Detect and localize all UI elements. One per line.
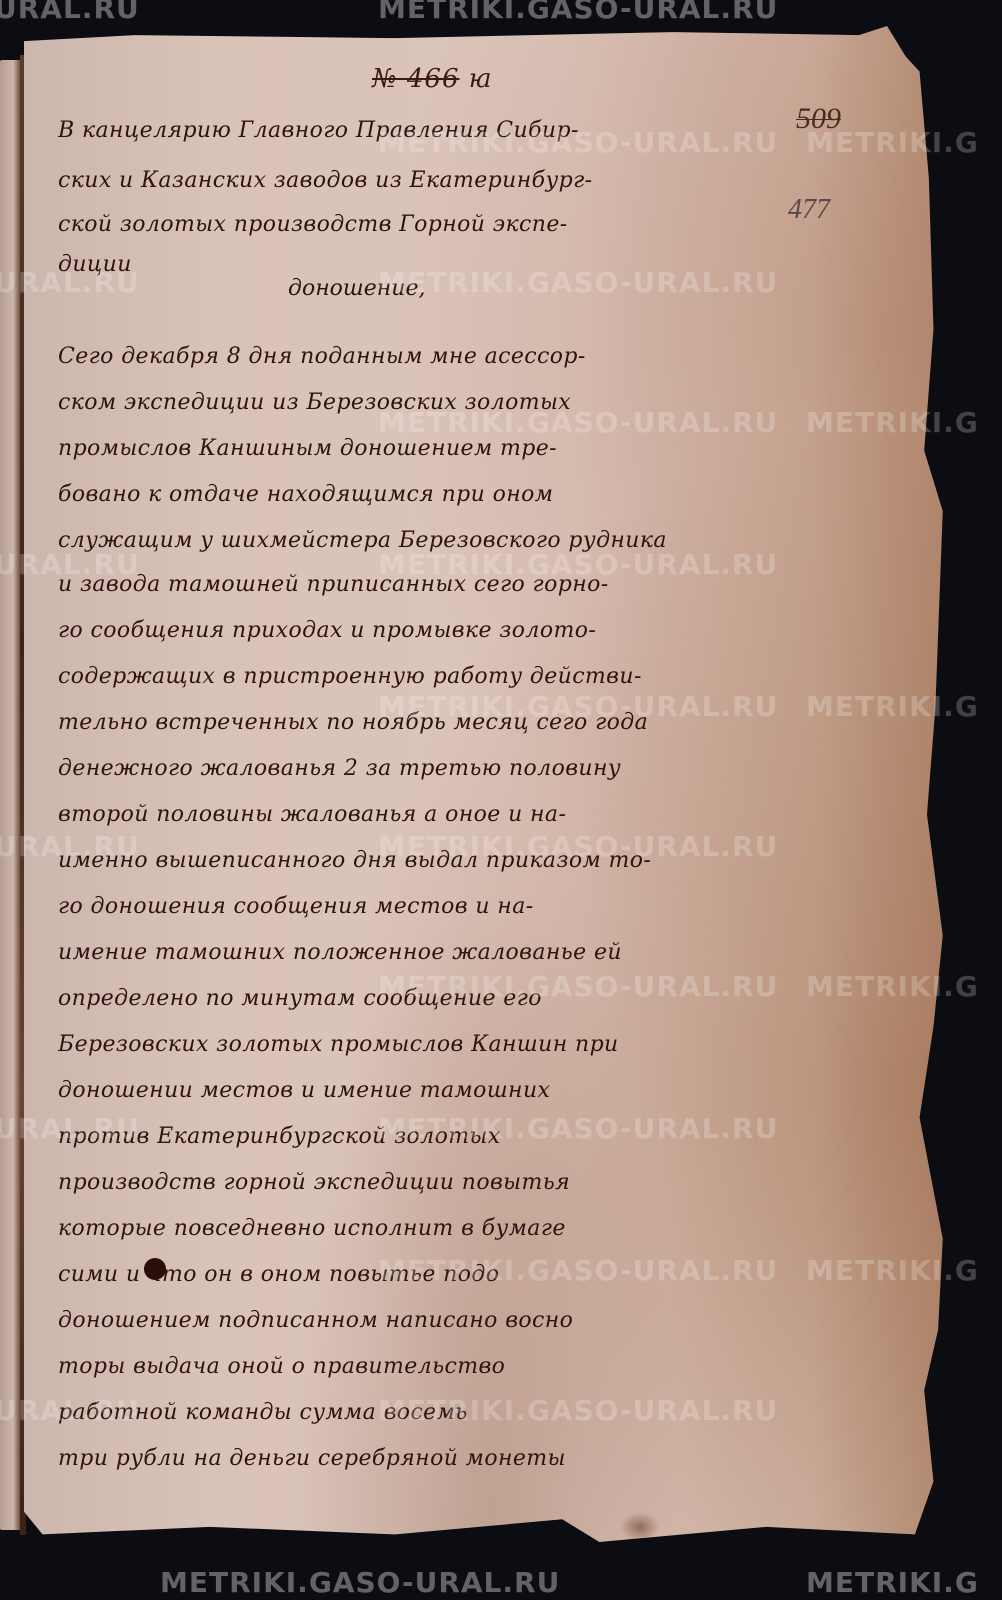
body-line: против Екатеринбургской золотых [58,1124,738,1149]
watermark-text: METRIKI.GASO-URAL.RU [378,0,778,25]
body-line: го доношения сообщения местов и на- [58,894,738,919]
ink-blot [144,1258,166,1280]
folio-number: № 466 [372,64,460,94]
body-line: именно вышеписанного дня выдал приказом … [58,848,738,873]
body-line: тельно встреченных по ноябрь месяц сего … [58,710,738,735]
body-line: торы выдача оной о правительство [58,1354,738,1379]
body-line: и завода тамошней приписанных сего горно… [58,572,738,597]
body-line: которые повседневно исполнит в бумаге [58,1216,738,1241]
watermark-text: METRIKI.G [806,1566,979,1599]
body-line: Сего декабря 8 дня поданным мне асессор- [58,344,738,369]
body-line: Березовских золотых промыслов Каншин при [58,1032,738,1057]
body-line: содержащих в пристроенную работу действи… [58,664,738,689]
body-line: денежного жалованья 2 за третью половину [58,756,738,781]
title-line: ской золотых производств Горной экспе- [58,212,738,237]
document-heading: доношение, [288,276,425,301]
body-line: доношении местов и имение тамошних [58,1078,738,1103]
archive-number-current: 509 [796,102,841,136]
folio-mark: № 466 ꙗ [372,64,493,94]
watermark-text: METRIKI.GASO-URAL.RU [160,1566,560,1599]
body-line: три рубли на деньги серебряной монеты [58,1446,738,1471]
body-line: го сообщения приходах и промывке золото- [58,618,738,643]
document-viewer: № 466 ꙗ 509 477 В канцелярию Главного Пр… [0,0,1002,1600]
title-line: В канцелярию Главного Правления Сибир- [58,118,738,143]
title-line: ских и Казанских заводов из Екатеринбург… [58,168,738,193]
body-line: имение тамошних положенное жалованье ей [58,940,738,965]
body-line: промыслов Каншиным доношением тре- [58,436,738,461]
body-line: производств горной экспедиции повытья [58,1170,738,1195]
watermark-text: URAL.RU [0,0,140,25]
body-line: определено по минутам сообщение его [58,986,738,1011]
folio-suffix: ꙗ [469,64,493,94]
manuscript-page: № 466 ꙗ 509 477 В канцелярию Главного Пр… [24,26,952,1542]
body-line: доношением подписанном написано восно [58,1308,738,1333]
title-line: диции [58,252,178,277]
body-line: ском экспедиции из Березовских золотых [58,390,738,415]
body-line: работной команды сумма восемь [58,1400,738,1425]
body-line: второй половины жалованья а оное и на- [58,802,738,827]
body-line: бовано к отдаче находящимся при оном [58,482,738,507]
archive-number-old: 477 [788,194,830,226]
body-line: служащим у шихмейстера Березовского рудн… [58,528,738,553]
